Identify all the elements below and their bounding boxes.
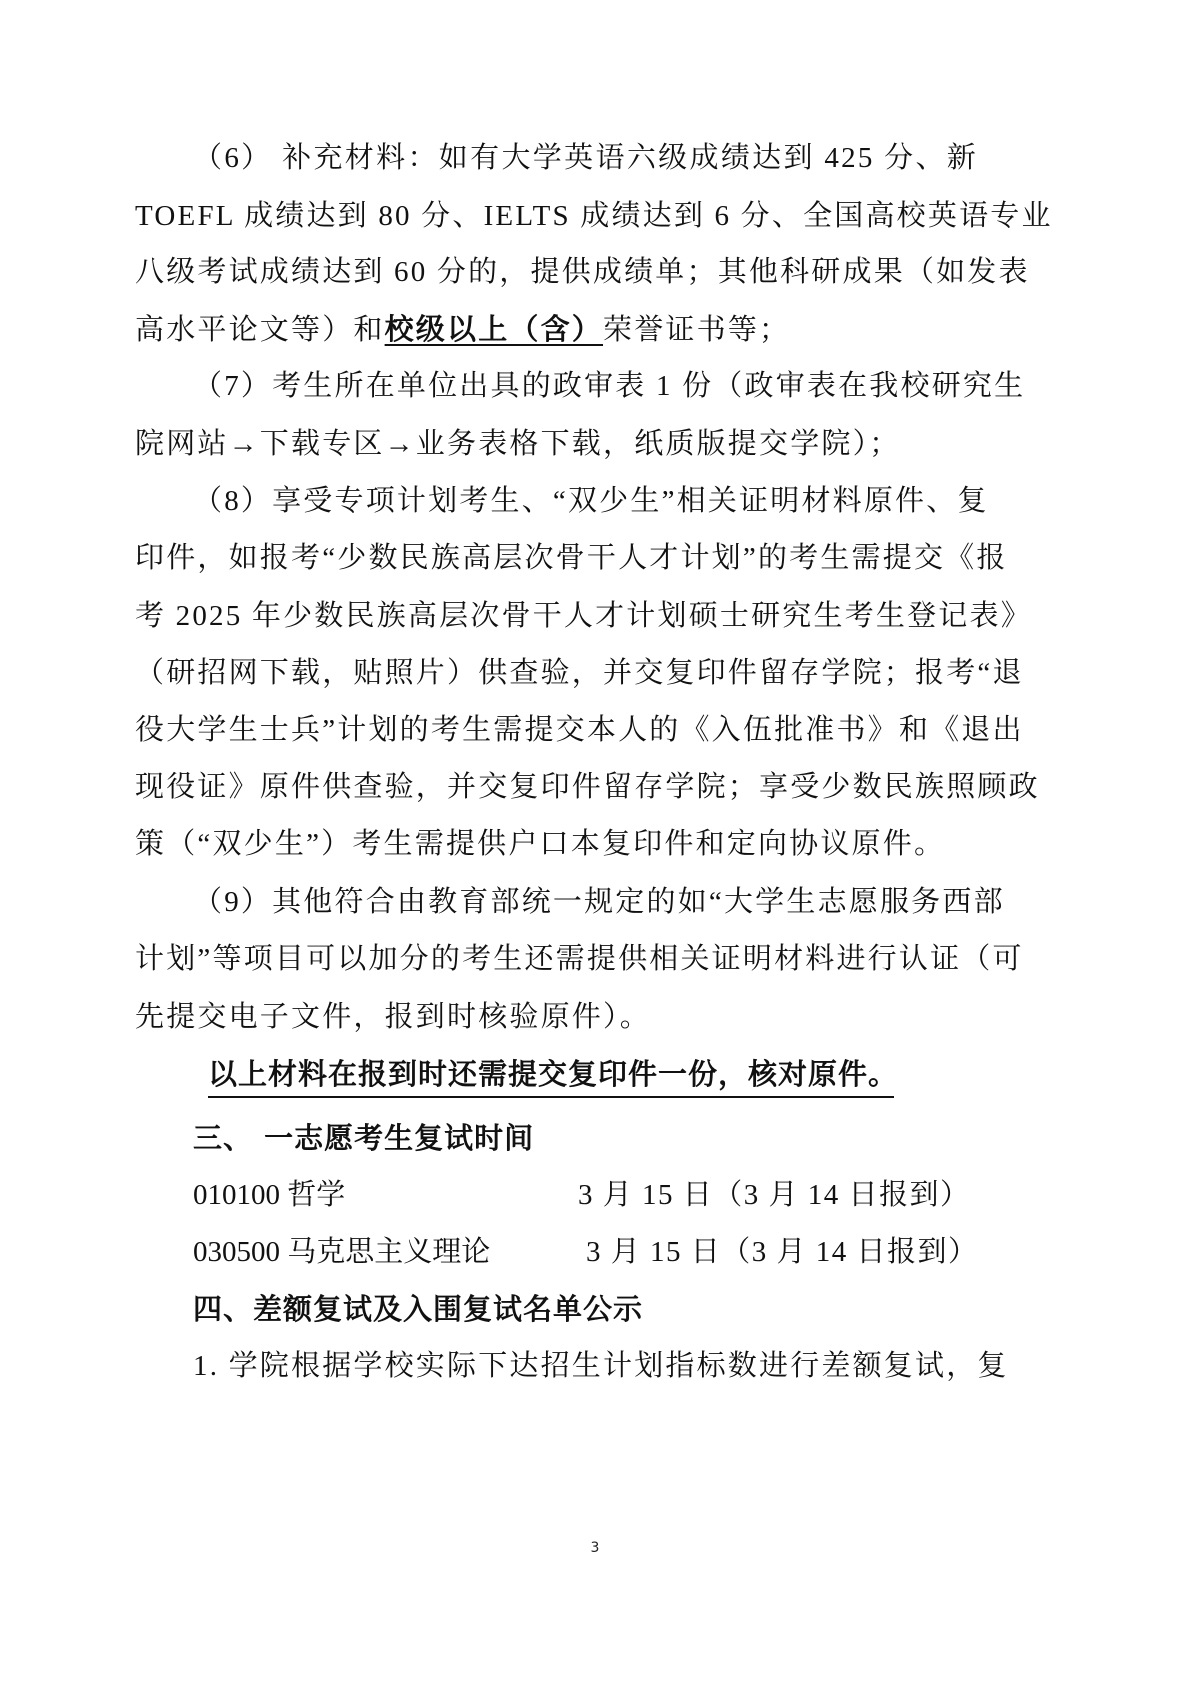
item-7-line-1: （7）考生所在单位出具的政审表 1 份（政审表在我校研究生 — [193, 366, 978, 406]
item-8-text-7: 策（“双少生”）考生需提供户口本复印件和定向协议原件。 — [135, 824, 935, 864]
schedule-row-philosophy: 010100 哲学 3 月 15 日（3 月 14 日报到） — [193, 1175, 345, 1215]
document-page: （6） 补充材料：如有大学英语六级成绩达到 425 分、新 TOEFL 成绩达到… — [0, 0, 1190, 1683]
schedule-program: 010100 哲学 — [193, 1175, 345, 1215]
item-7-text-2: 院网站→下载专区→业务表格下载，纸质版提交学院）； — [135, 428, 901, 460]
item-9-line-2: 计划”等项目可以加分的考生还需提供相关证明材料进行认证（可 — [135, 939, 978, 979]
section-3-heading: 三、 一志愿考生复试时间 — [193, 1118, 534, 1158]
item-9-line-1: （9）其他符合由教育部统一规定的如“大学生志愿服务西部 — [193, 882, 978, 922]
item-8-text-3: 考 2025 年少数民族高层次骨干人才计划硕士研究生考生登记表》 — [135, 596, 978, 636]
schedule-program: 030500 马克思主义理论 — [193, 1232, 490, 1272]
section-4-line-1: 1. 学院根据学校实际下达招生计划指标数进行差额复试，复 — [193, 1346, 978, 1386]
item-6-underlined-honor: 校级以上（含） — [385, 312, 603, 346]
item-6-text-1: （6） 补充材料：如有大学英语六级成绩达到 425 分、新 — [193, 138, 978, 178]
item-9-text-3: 先提交电子文件，报到时核验原件）。 — [135, 1001, 651, 1033]
item-8-text-1: （8）享受专项计划考生、“双少生”相关证明材料原件、复 — [193, 481, 978, 521]
item-6-line-2: TOEFL 成绩达到 80 分、IELTS 成绩达到 6 分、全国高校英语专业 — [135, 196, 978, 236]
item-9-line-3: 先提交电子文件，报到时核验原件）。 — [135, 997, 1045, 1037]
item-6-text-4-suffix: 荣誉证书等； — [603, 314, 790, 346]
item-8-text-2: 印件，如报考“少数民族高层次骨干人才计划”的考生需提交《报 — [135, 538, 978, 578]
item-8-line-2: 印件，如报考“少数民族高层次骨干人才计划”的考生需提交《报 — [135, 538, 978, 578]
item-8-text-5: 役大学生士兵”计划的考生需提交本人的《入伍批准书》和《退出 — [135, 710, 978, 750]
item-9-text-2: 计划”等项目可以加分的考生还需提供相关证明材料进行认证（可 — [135, 939, 978, 979]
item-7-text-1: （7）考生所在单位出具的政审表 1 份（政审表在我校研究生 — [193, 366, 978, 406]
item-8-line-7: 策（“双少生”）考生需提供户口本复印件和定向协议原件。 — [135, 824, 935, 864]
section-4-heading: 四、差额复试及入围复试名单公示 — [193, 1289, 643, 1329]
item-9-text-1: （9）其他符合由教育部统一规定的如“大学生志愿服务西部 — [193, 882, 978, 922]
item-6-text-2: TOEFL 成绩达到 80 分、IELTS 成绩达到 6 分、全国高校英语专业 — [135, 196, 978, 236]
item-6-line-3: 八级考试成绩达到 60 分的，提供成绩单；其他科研成果（如发表 — [135, 252, 978, 292]
item-7-line-2: 院网站→下载专区→业务表格下载，纸质版提交学院）； — [135, 424, 1045, 464]
item-8-line-3: 考 2025 年少数民族高层次骨干人才计划硕士研究生考生登记表》 — [135, 596, 978, 636]
page-number: 3 — [0, 1540, 1190, 1556]
item-6-text-4-prefix: 高水平论文等）和 — [135, 314, 385, 346]
item-6-line-4: 高水平论文等）和校级以上（含）荣誉证书等； — [135, 309, 1045, 350]
schedule-date: 3 月 15 日（3 月 14 日报到） — [586, 1232, 979, 1272]
item-8-line-6: 现役证》原件供查验，并交复印件留存学院；享受少数民族照顾政 — [135, 767, 978, 807]
item-8-line-5: 役大学生士兵”计划的考生需提交本人的《入伍批准书》和《退出 — [135, 710, 978, 750]
schedule-row-marxism: 030500 马克思主义理论 3 月 15 日（3 月 14 日报到） — [193, 1232, 490, 1272]
item-8-text-4: （研招网下载，贴照片）供查验，并交复印件留存学院；报考“退 — [135, 653, 978, 693]
schedule-date: 3 月 15 日（3 月 14 日报到） — [578, 1175, 971, 1215]
materials-copy-note: 以上材料在报到时还需提交复印件一份，核对原件。 — [208, 1054, 894, 1098]
item-6-text-3: 八级考试成绩达到 60 分的，提供成绩单；其他科研成果（如发表 — [135, 252, 978, 292]
item-6-line-1: （6） 补充材料：如有大学英语六级成绩达到 425 分、新 — [193, 138, 978, 178]
item-8-line-4: （研招网下载，贴照片）供查验，并交复印件留存学院；报考“退 — [135, 653, 978, 693]
section-4-text-1: 1. 学院根据学校实际下达招生计划指标数进行差额复试，复 — [193, 1346, 978, 1386]
item-8-text-6: 现役证》原件供查验，并交复印件留存学院；享受少数民族照顾政 — [135, 767, 978, 807]
item-8-line-1: （8）享受专项计划考生、“双少生”相关证明材料原件、复 — [193, 481, 978, 521]
